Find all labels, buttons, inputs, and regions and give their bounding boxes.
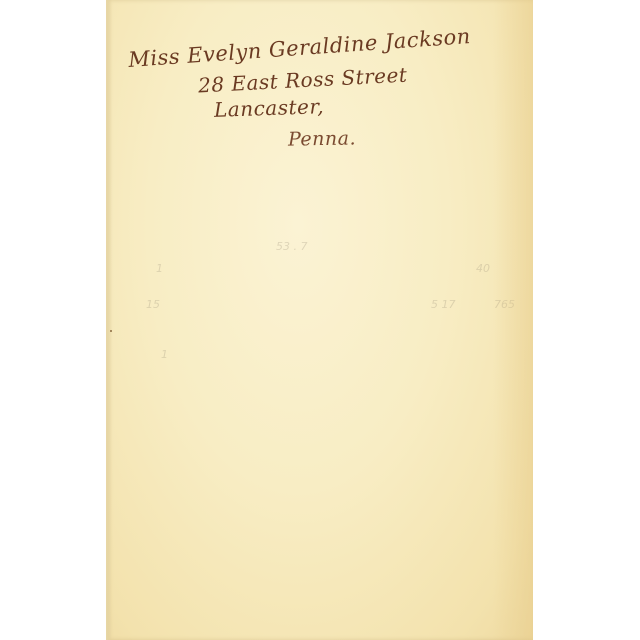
show-through-text: 40 <box>476 262 490 275</box>
show-through-text: 53 . 7 <box>276 240 308 253</box>
show-through-text: 1 <box>161 348 168 361</box>
inscription-street: 28 East Ross Street <box>198 63 408 98</box>
page-speck <box>110 330 112 332</box>
show-through-text: 5 17 <box>431 298 456 311</box>
inscription-city: Lancaster, <box>214 94 325 122</box>
inscription-state: Penna. <box>288 127 356 150</box>
show-through-text: 15 <box>146 298 160 311</box>
show-through-text: 765 <box>494 298 515 311</box>
inscription-name: Miss Evelyn Geraldine Jackson <box>128 24 472 72</box>
show-through-text: 1 <box>156 262 163 275</box>
book-page: Miss Evelyn Geraldine Jackson 28 East Ro… <box>106 0 533 640</box>
